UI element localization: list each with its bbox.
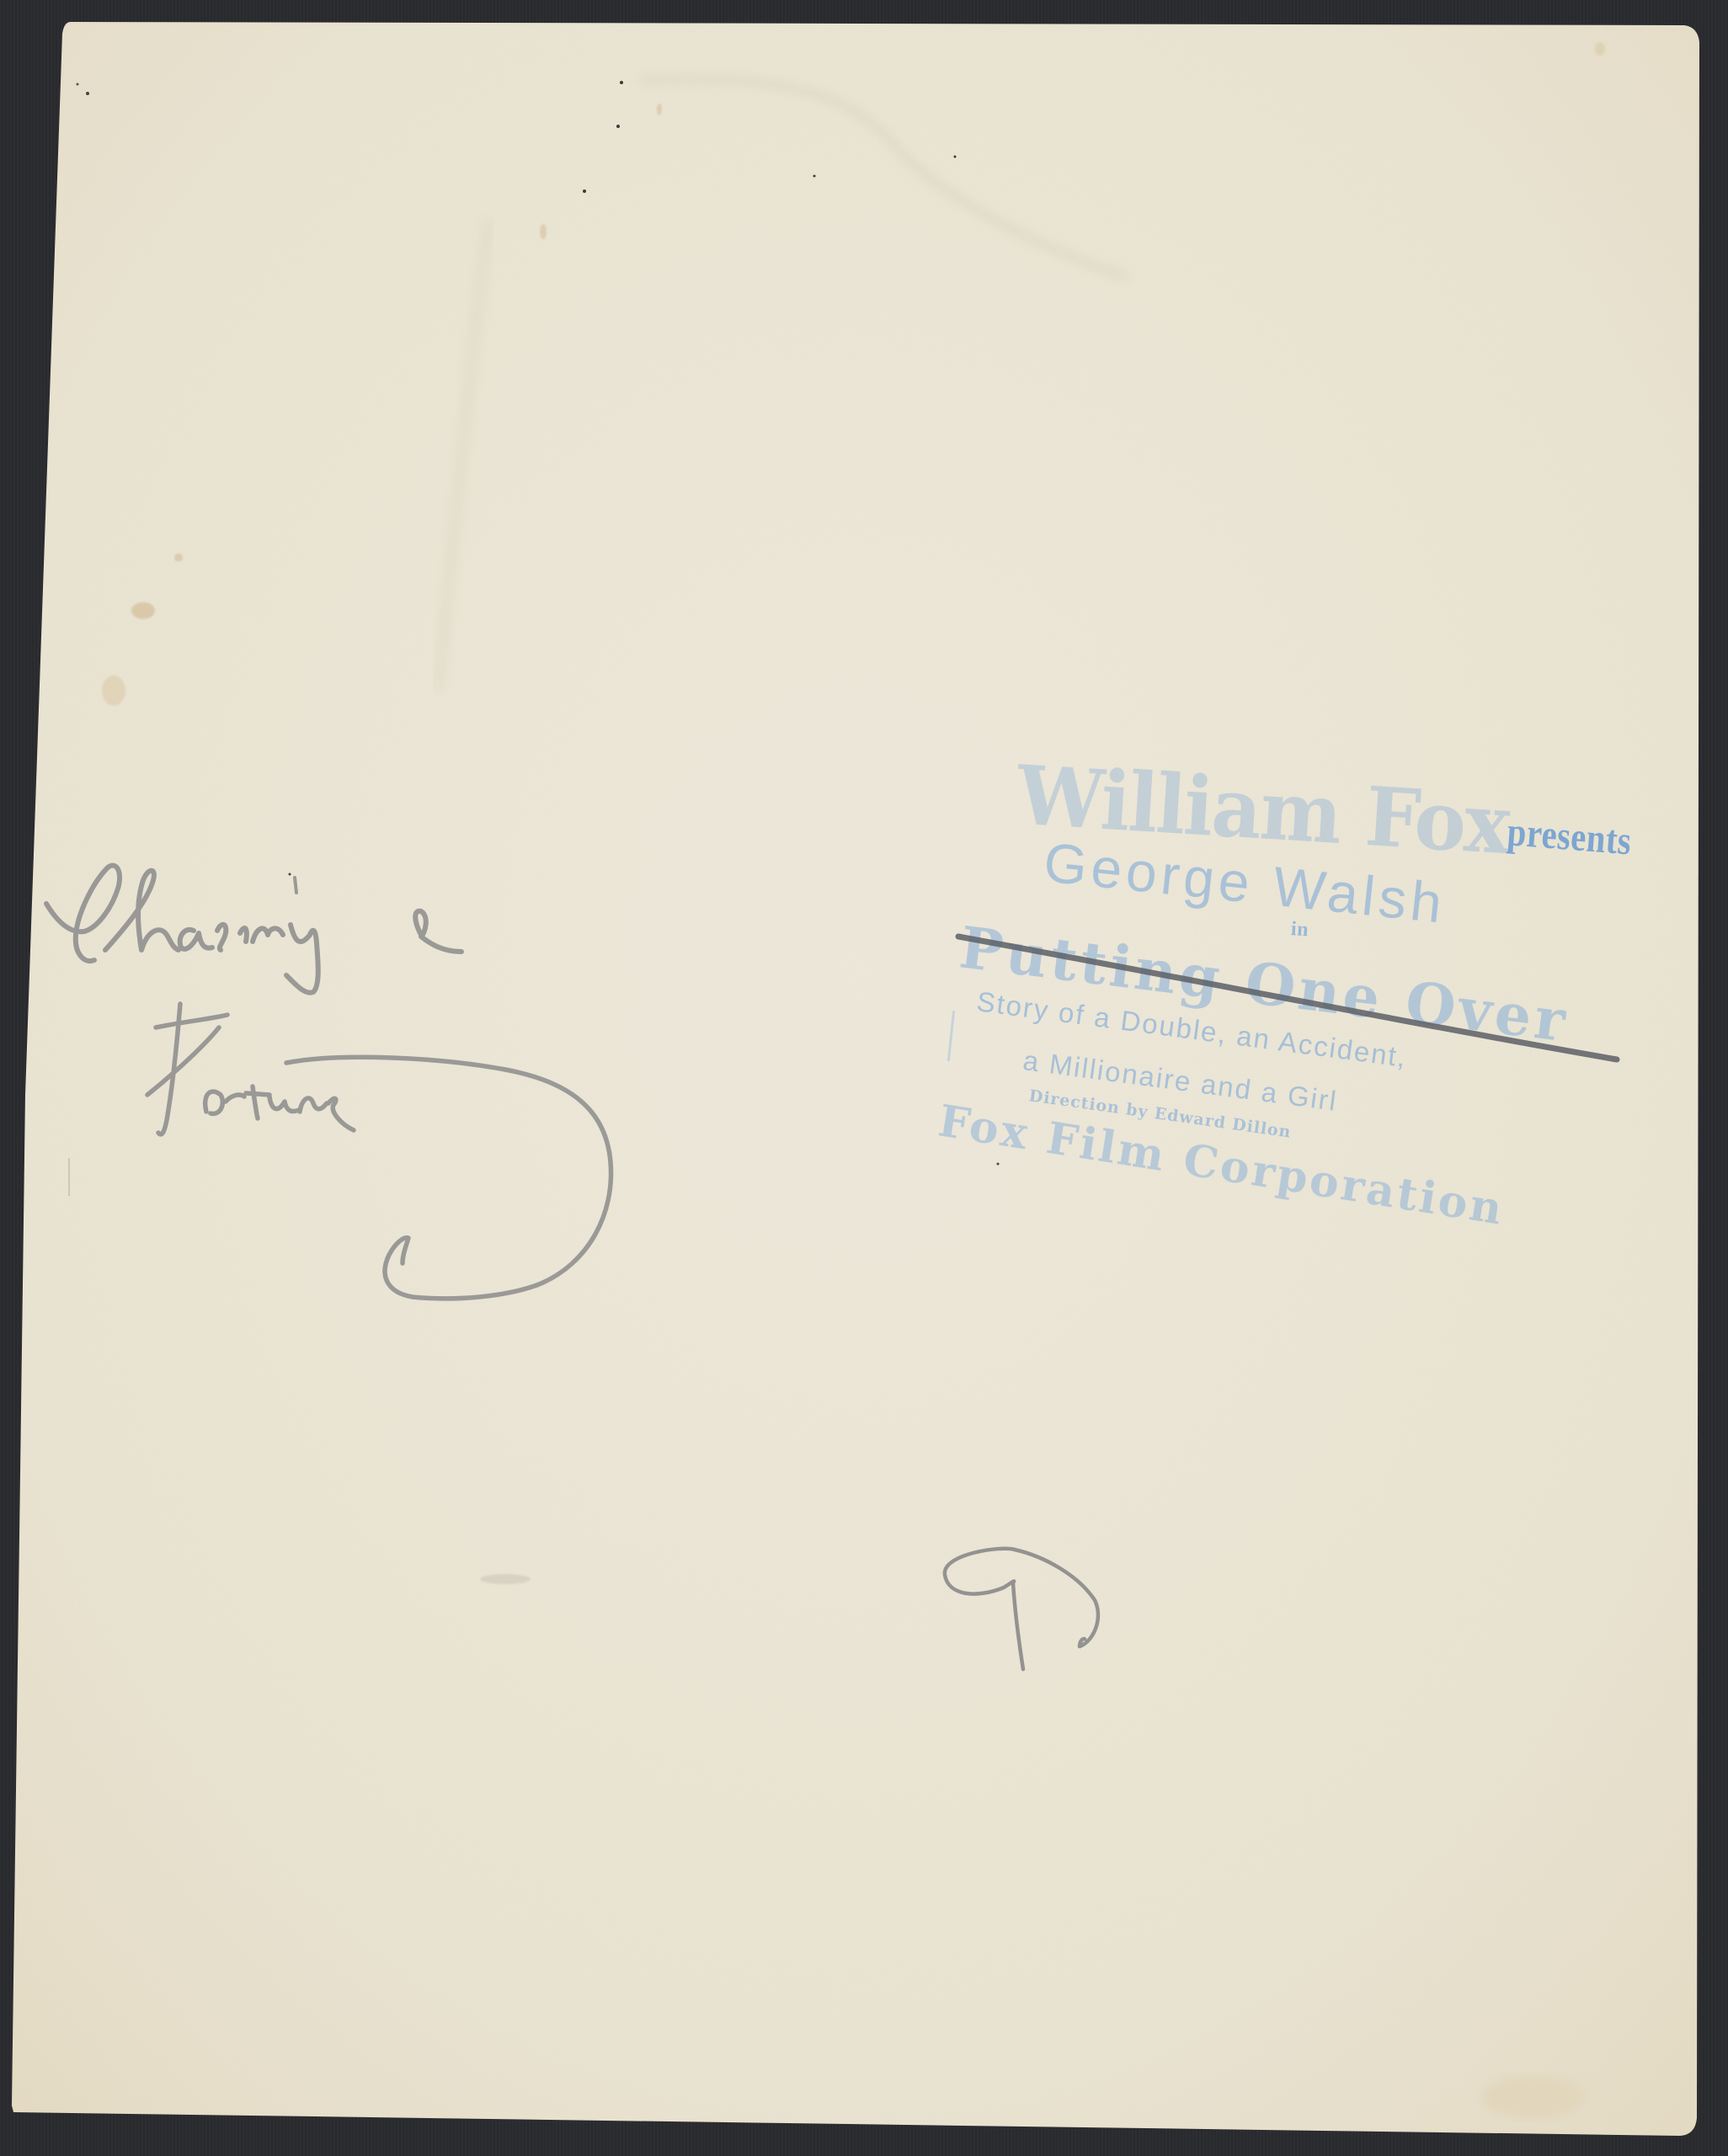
stamp-presents: presents [1506, 808, 1634, 864]
photo-back-paper: William Fox presents George Walsh in Put… [0, 0, 1728, 2156]
paper-shape [0, 0, 1728, 2156]
stamp-in: in [1290, 918, 1309, 942]
